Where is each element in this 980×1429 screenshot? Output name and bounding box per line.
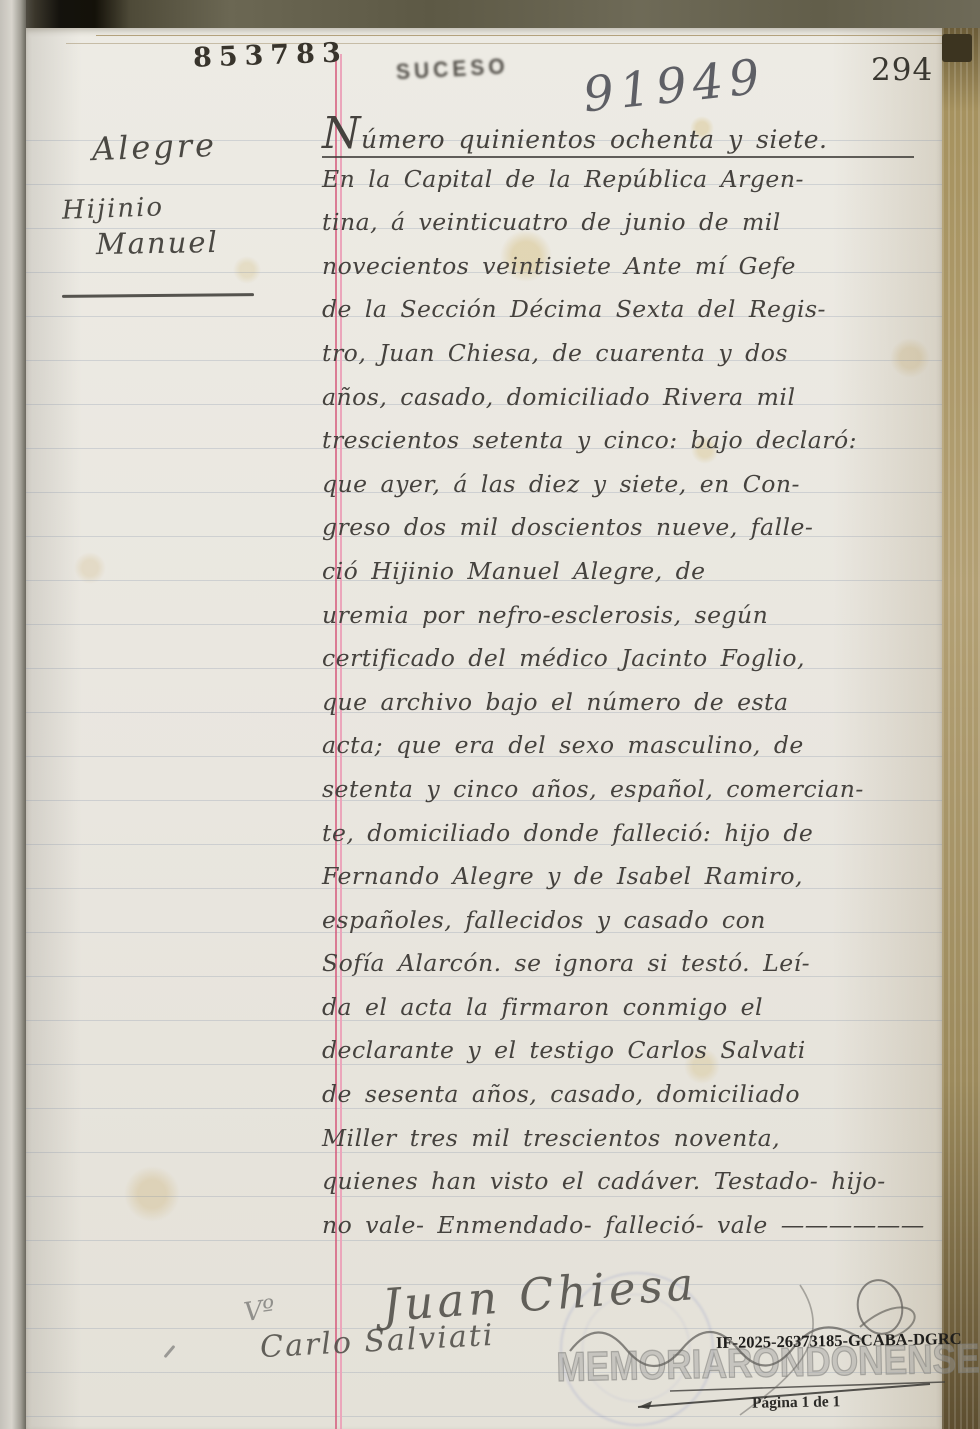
document-id-overlay: IF-2025-26373185-GCABA-DGRC (716, 1329, 962, 1353)
manuscript-line: que ayer, á las diez y siete, en Con- (322, 463, 914, 507)
manuscript-line: españoles, fallecidos y casado con (322, 899, 914, 943)
manuscript-line: da el acta la firmaron conmigo el (322, 986, 914, 1030)
manuscript-line: tina, á veinticuatro de junio de mil (322, 201, 914, 245)
margin-given-name-2: Manuel (96, 225, 219, 261)
right-page-edges (942, 28, 980, 1429)
manuscript-line: ció Hijinio Manuel Alegre, de (322, 550, 914, 594)
printed-page-number: 294 (871, 52, 933, 88)
manuscript-line: no vale- Enmendado- falleció- vale —————… (322, 1204, 914, 1248)
manuscript-line: años, casado, domiciliado Rivera mil (322, 376, 914, 420)
scanned-register-page: { "header": { "inventory_stamp": "853783… (0, 0, 980, 1429)
right-edge-notch (942, 34, 972, 62)
manuscript-line: acta; que era del sexo masculino, de (322, 724, 914, 768)
manuscript-line: certificado del médico Jacinto Foglio, (322, 637, 914, 681)
margin-surname: Alegre (91, 126, 217, 168)
inventory-number-stamp: 853783 (193, 37, 349, 73)
manuscript-line: Fernando Alegre y de Isabel Ramiro, (322, 855, 914, 899)
margin-given-name-1: Hijinio (62, 192, 165, 226)
manuscript-line: uremia por nefro-esclerosis, según (322, 594, 914, 638)
manuscript-line: de la Sección Décima Sexta del Regis- (322, 288, 914, 332)
manuscript-line: de sesenta años, casado, domiciliado (322, 1073, 914, 1117)
manuscript-line: declarante y el testigo Carlos Salvati (322, 1029, 914, 1073)
manuscript-line: trescientos setenta y cinco: bajo declar… (322, 419, 914, 463)
manuscript-line: tro, Juan Chiesa, de cuarenta y dos (322, 332, 914, 376)
manuscript-line: Número quinientos ochenta y siete. (322, 112, 914, 158)
manuscript-line: novecientos veintisiete Ante mí Gefe (322, 245, 914, 289)
manuscript-body: Número quinientos ochenta y siete. En la… (322, 112, 914, 1247)
manuscript-line: que archivo bajo el número de esta (322, 681, 914, 725)
manuscript-line: te, domiciliado donde falleció: hijo de (322, 812, 914, 856)
manuscript-line: setenta y cinco años, español, comercian… (322, 768, 914, 812)
manuscript-line: Miller tres mil trescientos noventa, (322, 1117, 914, 1161)
left-page-edge (0, 0, 26, 1429)
manuscript-line: greso dos mil doscientos nueve, falle- (322, 506, 914, 550)
manuscript-line: Sofía Alarcón. se ignora si testó. Leí- (322, 942, 914, 986)
page-count-overlay: Página 1 de 1 (752, 1393, 841, 1413)
book-binding-edge (0, 0, 980, 30)
manuscript-line: En la Capital de la República Argen- (322, 158, 914, 202)
page-top-rule (96, 35, 942, 36)
manuscript-line: quienes han visto el cadáver. Testado- h… (322, 1160, 914, 1204)
